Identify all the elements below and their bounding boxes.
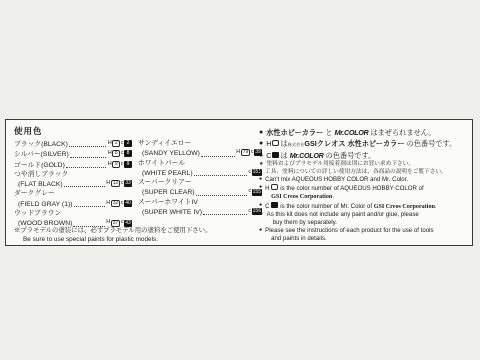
paint-name-en: (FLAT BLACK) (14, 180, 63, 189)
paint-name-en: (SANDY YELLOW) (138, 149, 200, 158)
paint-name-en-line: (SANDY YELLOW)H79c39 (138, 148, 262, 158)
note-text-line: 工具、塗料についての詳しい使用方法は、各商品の説明をご覧下さい。 (265, 169, 447, 176)
mr-color-code-letter: c (248, 207, 251, 216)
note-text-segment: GSI Creos Corporation (271, 194, 332, 200)
mr-color-code-chip: 43 (124, 220, 132, 227)
paint-name-jp: ホワイトパール (138, 159, 185, 168)
paint-name-en-line: (WHITE PEARL)c151 (138, 168, 262, 178)
note-text-segment: buy them by separately. (273, 219, 337, 226)
paint-name-en-line: (FLAT BLACK)H12c33 (14, 179, 132, 189)
aqueous-code-letter: H (108, 160, 112, 169)
paint-name-line: ゴールド(GOLD)H9c9 (14, 160, 132, 170)
dot-leader (70, 157, 107, 158)
mr-color-code-letter: c (248, 187, 251, 196)
note-text-line: Hは株式会社GSIクレオス 水性ホビーカラー の色番号です。 (266, 139, 456, 151)
note-text-segment: C (266, 151, 271, 160)
note-text-line: buy them by separately. (267, 219, 419, 227)
paint-code-chips: H32c40 (106, 199, 132, 209)
paint-name-en: (GOLD) (41, 161, 65, 170)
paint-name-jp-line: スーパークリアー (138, 178, 262, 187)
paint-name-line: シルバー(SILVER)H8c8 (14, 149, 132, 159)
note-text-segment: GSI Creos Corporation (374, 204, 435, 210)
note-text-segment: H (266, 139, 271, 148)
aqueous-code-chip: 8 (112, 150, 120, 157)
note-text-segment: . (332, 193, 334, 200)
paint-name-en: (BLACK) (41, 140, 68, 149)
paint-name-line: ブラック(BLACK)H2c2 (14, 139, 132, 149)
paint-name-jp: ダークグレー (14, 189, 55, 198)
note-text-line: Cは Mr.COLOR の色番号です。 (266, 151, 375, 162)
note-line: ●Cは Mr.COLOR の色番号です。 (259, 151, 471, 162)
paint-name-jp-line: ダークグレー (14, 189, 132, 198)
note-text-line: GSI Creos Corporation. (265, 193, 424, 202)
paint-notes: ●水性ホビーカラー と Mr.COLOR はまぜられません。●Hは株式会社GSI… (259, 128, 471, 243)
note-line: ★As this kit does not include any paint … (259, 211, 471, 227)
instruction-sheet: 使用色 ブラック(BLACK)H2c2シルバー(SILVER)H8c8ゴールド(… (0, 0, 480, 360)
mr-color-code-chip: 8 (124, 150, 132, 157)
paint-name-jp-line: スーパーホワイトIV (138, 198, 262, 207)
paint-color-entry: スーパーホワイトIV(SUPER WHITE IV)c156 (138, 198, 262, 218)
dot-leader (196, 195, 247, 196)
note-text: Cは Mr.COLOR の色番号です。 (265, 151, 375, 162)
aqueous-code-chip (272, 140, 279, 146)
paint-name-en: (SILVER) (41, 150, 69, 159)
mr-color-code-chip: 33 (124, 180, 132, 187)
note-text-line: 塗料およびプラモデル用接着剤は別にお買い求め下さい。 (266, 161, 414, 168)
bullet-icon: ● (259, 128, 263, 139)
note-text-line: Please see the instructions of each prod… (265, 227, 433, 235)
footnote-jp: ※プラモデルの塗装には、必ずプラモデル用の塗料をご使用下さい。 (14, 227, 211, 236)
aqueous-code-chip: 9 (112, 161, 120, 168)
aqueous-code-letter: H (106, 199, 110, 208)
note-text-segment: As this kit does not include any paint a… (267, 211, 419, 218)
paint-name-jp: ウッドブラウン (14, 209, 61, 218)
paint-color-entry: ウッドブラウン(WOOD BROWN)H37c43 (14, 209, 132, 229)
note-text-segment: is the color number of AQUEOUS HOBBY COL… (279, 185, 424, 192)
paint-color-list: ブラック(BLACK)H2c2シルバー(SILVER)H8c8ゴールド(GOLD… (14, 139, 262, 229)
note-text-segment: Please see the instructions of each prod… (265, 227, 433, 234)
note-text-segment: 水性ホビーカラー (347, 139, 404, 148)
dot-leader (203, 214, 247, 215)
bullet-icon: ● (259, 227, 262, 243)
dot-leader (201, 156, 235, 157)
paint-name-jp: シルバー (14, 150, 41, 159)
note-text: 水性ホビーカラー と Mr.COLOR はまぜられません。 (265, 128, 435, 139)
paint-name-jp: つや消しブラック (14, 170, 68, 179)
paint-code-chips: H12c33 (106, 179, 132, 189)
paint-name-en-line: (SUPER CLEAR)c155 (138, 187, 262, 197)
plastic-paint-footnote: ※プラモデルの塗装には、必ずプラモデル用の塗料をご使用下さい。 Be sure … (14, 227, 211, 244)
paint-color-column-left: ブラック(BLACK)H2c2シルバー(SILVER)H8c8ゴールド(GOLD… (14, 139, 132, 229)
note-line: ●Hは株式会社GSIクレオス 水性ホビーカラー の色番号です。 (259, 139, 471, 151)
note-text-line: and paints in details. (265, 235, 433, 243)
paint-color-column-right: サンディイエロー(SANDY YELLOW)H79c39ホワイトパール(WHIT… (138, 139, 262, 229)
paint-name-en-line: (SUPER WHITE IV)c156 (138, 207, 262, 217)
star-icon: ★ (259, 161, 263, 168)
dot-leader (66, 167, 106, 168)
note-text-segment: は (280, 139, 287, 148)
note-text-segment: はまぜられません。 (368, 128, 435, 137)
star-icon: ★ (259, 211, 264, 227)
footnote-en: Be sure to use special paints for plasti… (14, 236, 211, 245)
note-text-line: 水性ホビーカラー と Mr.COLOR はまぜられません。 (266, 128, 435, 139)
paint-name-jp: スーパークリアー (138, 178, 192, 187)
paint-name-en: (FIELD GRAY (1)) (14, 200, 73, 209)
paint-name-jp: ブラック (14, 140, 41, 149)
paint-name-en-line: (FIELD GRAY (1))H32c40 (14, 199, 132, 209)
paint-color-entry: ダークグレー(FIELD GRAY (1))H32c40 (14, 189, 132, 209)
note-text-line: H is the color number of AQUEOUS HOBBY C… (265, 184, 424, 193)
mr-color-code-chip: 9 (124, 161, 132, 168)
paint-color-entry: シルバー(SILVER)H8c8 (14, 149, 132, 159)
bullet-icon: ● (259, 151, 263, 162)
note-text-segment: 塗料およびプラモデル用接着剤は別にお買い求め下さい。 (266, 161, 414, 167)
note-text: C is the color number of Mr. Color of GS… (264, 202, 436, 212)
dot-leader (194, 175, 247, 176)
note-text: As this kit does not include any paint a… (266, 211, 419, 227)
paint-name-en: (SUPER CLEAR) (138, 188, 195, 197)
note-text-line: Can't mix AQUEOUS HOBBY COLOR and Mr. Co… (265, 176, 408, 184)
paint-code-chips: H2c2 (107, 139, 132, 149)
note-text-segment: 工具、塗料についての詳しい使用方法は、各商品の説明をご覧下さい。 (265, 169, 447, 175)
note-text-segment: H (265, 185, 269, 192)
mr-color-logo: Mr.COLOR (335, 128, 369, 137)
aqueous-code-chip: 37 (111, 220, 121, 227)
bullet-icon: ● (259, 139, 263, 151)
note-line: ●C is the color number of Mr. Color of G… (259, 202, 471, 212)
note-text-segment: Can't mix AQUEOUS HOBBY COLOR and Mr. Co… (265, 176, 408, 183)
aqueous-code-chip: 2 (112, 140, 120, 147)
note-line: ●Please see the instructions of each pro… (259, 227, 471, 243)
note-text: Hは株式会社GSIクレオス 水性ホビーカラー の色番号です。 (265, 139, 456, 151)
aqueous-code-chip: 12 (111, 180, 121, 187)
aqueous-code-letter: H (108, 139, 112, 148)
note-text-segment: の色番号です。 (405, 139, 457, 148)
note-text-segment: 株式会社 (288, 142, 305, 147)
note-text: Can't mix AQUEOUS HOBBY COLOR and Mr. Co… (264, 176, 408, 184)
dot-leader (64, 186, 105, 187)
aqueous-code-letter: H (108, 149, 112, 158)
note-line: ●H is the color number of AQUEOUS HOBBY … (259, 184, 471, 202)
note-text-segment: 水性ホビーカラー (266, 128, 323, 137)
paint-code-chips: H9c9 (107, 160, 132, 170)
bullet-icon: ● (259, 169, 262, 176)
paint-color-entry: つや消しブラック(FLAT BLACK)H12c33 (14, 170, 132, 190)
aqueous-code-letter: H (106, 179, 110, 188)
note-text-segment: の色番号です。 (324, 151, 376, 160)
paint-name-jp-line: つや消しブラック (14, 170, 132, 179)
note-text-line: C is the color number of Mr. Color of GS… (265, 202, 436, 212)
paint-color-entry: サンディイエロー(SANDY YELLOW)H79c39 (138, 139, 262, 159)
mr-color-code-chip (272, 152, 279, 158)
paint-color-entry: ホワイトパール(WHITE PEARL)c151 (138, 159, 262, 179)
note-line: ●工具、塗料についての詳しい使用方法は、各商品の説明をご覧下さい。 (259, 169, 471, 176)
dot-leader (69, 146, 106, 147)
paint-name-jp: スーパーホワイトIV (138, 198, 198, 207)
paint-color-entry: ゴールド(GOLD)H9c9 (14, 160, 132, 170)
note-text-segment: と (323, 128, 334, 137)
mr-color-logo: Mr.COLOR (290, 151, 324, 160)
note-text-segment: GSIクレオス (304, 139, 347, 148)
note-line: ●水性ホビーカラー と Mr.COLOR はまぜられません。 (259, 128, 471, 139)
dot-leader (74, 206, 105, 207)
paint-color-entry: ブラック(BLACK)H2c2 (14, 139, 132, 149)
note-line: ●Can't mix AQUEOUS HOBBY COLOR and Mr. C… (259, 176, 471, 184)
note-line: ★塗料およびプラモデル用接着剤は別にお買い求め下さい。 (259, 161, 471, 168)
paint-name-en: (WHITE PEARL) (138, 169, 193, 178)
note-text-segment: and paints in details. (271, 235, 327, 242)
used-colors-panel: 使用色 ブラック(BLACK)H2c2シルバー(SILVER)H8c8ゴールド(… (5, 119, 473, 246)
mr-color-code-chip: 2 (124, 140, 132, 147)
note-text: 工具、塗料についての詳しい使用方法は、各商品の説明をご覧下さい。 (264, 169, 447, 176)
used-colors-title: 使用色 (14, 125, 43, 137)
paint-color-entry: スーパークリアー(SUPER CLEAR)c155 (138, 178, 262, 198)
aqueous-code-chip: 79 (241, 149, 251, 156)
note-text-segment: . (435, 203, 437, 210)
aqueous-code-chip: 32 (111, 200, 121, 207)
paint-code-chips: H8c8 (107, 149, 132, 159)
note-text-segment: は (280, 151, 289, 160)
note-text: H is the color number of AQUEOUS HOBBY C… (264, 184, 424, 202)
note-text-segment: is the color number of Mr. Color of (279, 203, 374, 210)
note-text-line: As this kit does not include any paint a… (267, 211, 419, 219)
paint-name-jp: ゴールド (14, 161, 41, 170)
aqueous-code-chip (271, 184, 278, 190)
bullet-icon: ● (259, 202, 262, 212)
paint-name-jp-line: サンディイエロー (138, 139, 262, 148)
mr-color-code-chip (271, 202, 278, 208)
paint-name-jp-line: ホワイトパール (138, 159, 262, 168)
mr-color-code-chip: 40 (124, 200, 132, 207)
note-text: 塗料およびプラモデル用接着剤は別にお買い求め下さい。 (265, 161, 414, 168)
bullet-icon: ● (259, 176, 262, 184)
paint-name-jp: サンディイエロー (138, 139, 191, 148)
paint-name-en: (SUPER WHITE IV) (138, 208, 202, 217)
paint-name-jp-line: ウッドブラウン (14, 209, 132, 218)
note-text-segment: C (265, 203, 269, 210)
aqueous-code-letter: H (236, 148, 240, 157)
mr-color-code-letter: c (248, 168, 251, 177)
note-text: Please see the instructions of each prod… (264, 227, 433, 243)
bullet-icon: ● (259, 184, 262, 202)
